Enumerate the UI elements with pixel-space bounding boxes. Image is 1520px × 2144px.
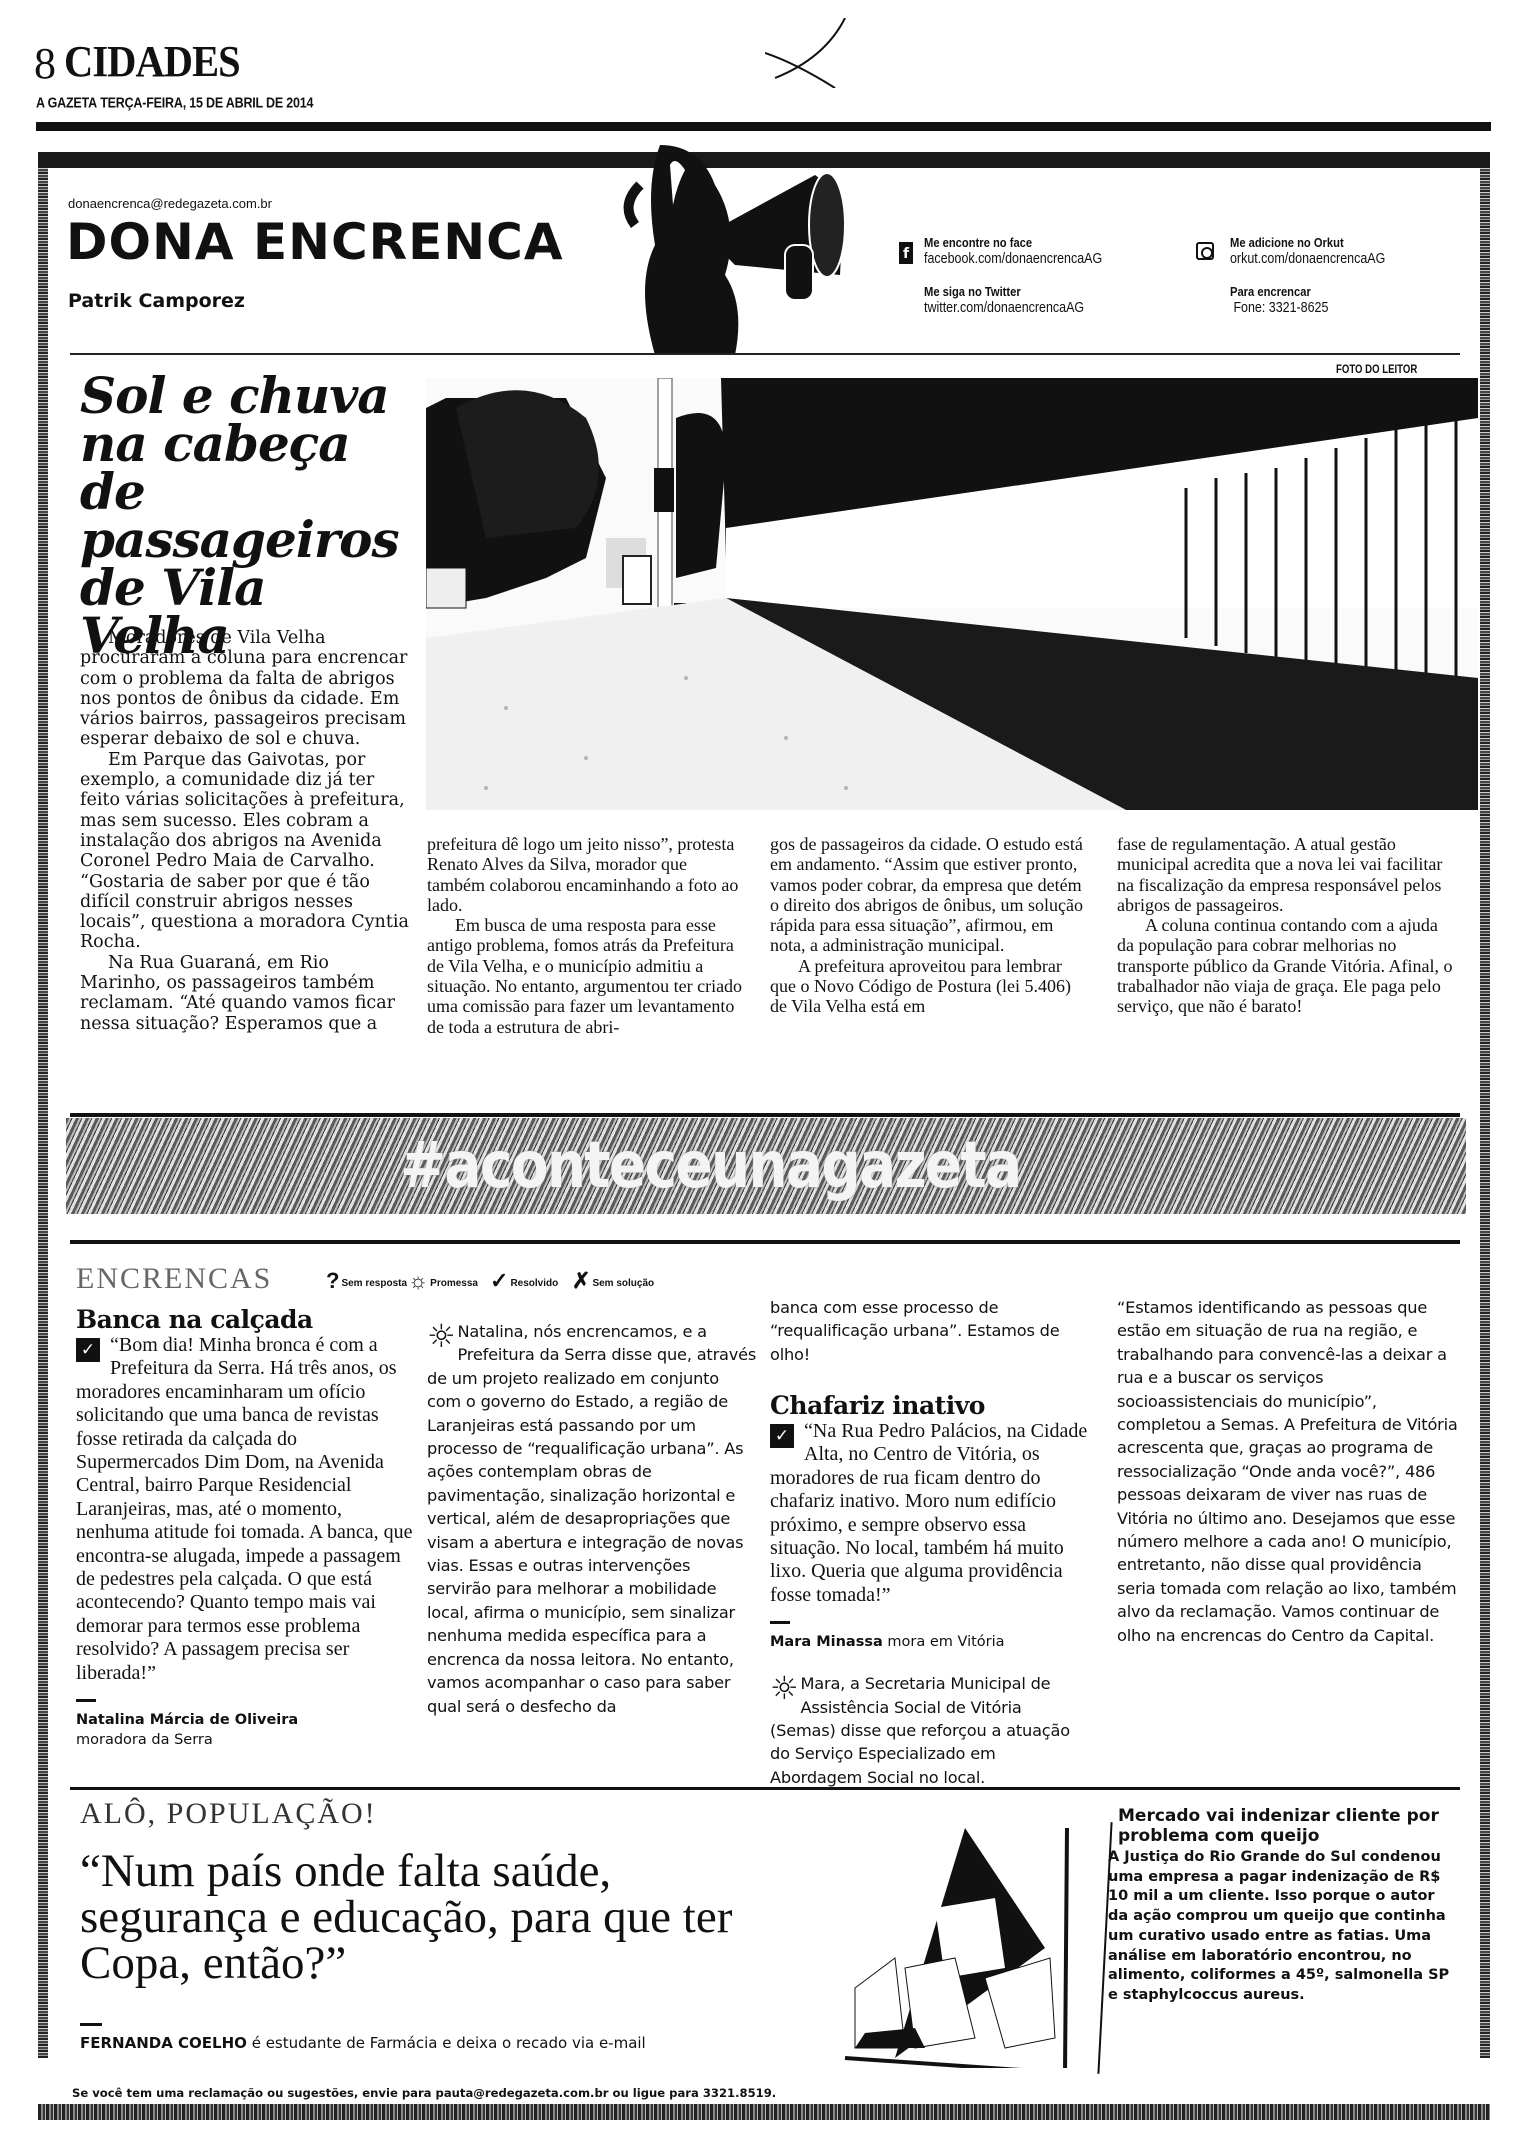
quote-signature: FERNANDA COELHO é estudante de Farmácia … — [80, 2034, 646, 2052]
article-column-3: gos de passageiros da cidade. O estudo e… — [770, 834, 1090, 1017]
banner-rule-bottom — [70, 1240, 1460, 1244]
lightbulb-icon: ☼ — [408, 1268, 428, 1293]
side-news-headline: Mercado vai indenizar cliente por proble… — [1118, 1806, 1458, 1846]
paragraph: Na Rua Guaraná, em Rio Marinho, os passa… — [80, 953, 410, 1034]
column-title: DONA ENCRENCA — [66, 212, 564, 272]
publication-name: A GAZETA — [36, 95, 97, 111]
column-reply-banca-2: banca com esse processo de “requalificaç… — [770, 1296, 1090, 1366]
encrenca-item-chafariz: Chafariz inativo ✓ “Na Rua Pedro Palácio… — [770, 1392, 1090, 1789]
quote-author-desc: é estudante de Farmácia e deixa o recado… — [252, 2034, 646, 2052]
lightbulb-icon: ☼ — [770, 1672, 799, 1704]
paragraph: gos de passageiros da cidade. O estudo e… — [770, 834, 1090, 956]
paragraph: Em busca de uma resposta para esse antig… — [427, 915, 747, 1037]
paragraph: Moradores de Vila Velha procuraram a col… — [80, 628, 410, 750]
page-number: 8 — [34, 40, 56, 88]
article-headline: Sol e chuva na cabeça de passageiros de … — [80, 372, 420, 660]
publication-date: TERÇA-FEIRA, 15 DE ABRIL DE 2014 — [100, 95, 313, 111]
reader-quote: “Num país onde falta saúde, segurança e … — [80, 1848, 760, 1986]
contact-label: Me siga no Twitter — [924, 283, 1084, 300]
encrencas-title: ENCRENCAS — [76, 1262, 272, 1296]
resolvido-check-icon: ✓ — [76, 1338, 100, 1362]
legend-sem-resposta: ?Sem resposta — [326, 1268, 407, 1294]
article-column-1: Moradores de Vila Velha procuraram a col… — [80, 628, 410, 1034]
check-icon: ✓ — [490, 1268, 508, 1293]
box-frame-bottom — [38, 2104, 1490, 2120]
quote-author-name: FERNANDA COELHO — [80, 2034, 247, 2052]
paragraph: A coluna continua contando com a ajuda d… — [1117, 915, 1457, 1016]
hashtag-text: #aconteceunagazeta — [400, 1126, 1020, 1206]
article-photo — [426, 378, 1478, 810]
contact-label: Me adicione no Orkut — [1230, 234, 1385, 251]
section-title: CIDADES — [64, 38, 240, 86]
contact-value[interactable]: facebook.com/donaencrencaAG — [924, 251, 1102, 268]
facebook-icon: f — [899, 242, 913, 264]
signature-dash — [76, 1699, 96, 1702]
contact-twitter[interactable]: Me siga no Twitter twitter.com/donaencre… — [924, 283, 1084, 317]
section-rule — [70, 1787, 1460, 1790]
photo-credit: FOTO DO LEITOR — [1336, 362, 1417, 376]
reader-signature: Natalina Márcia de Oliveira moradora da … — [76, 1710, 416, 1750]
dateline: A GAZETA TERÇA-FEIRA, 15 DE ABRIL DE 201… — [36, 95, 313, 111]
signature-name: Natalina Márcia de Oliveira — [76, 1712, 298, 1728]
reader-letter: ✓ “Bom dia! Minha bronca é com a Prefeit… — [76, 1334, 416, 1685]
paragraph: A prefeitura aproveitou para lembrar que… — [770, 956, 1090, 1017]
quote-dash — [80, 2023, 102, 2026]
encrenca-item-banca: Banca na calçada ✓ “Bom dia! Minha bronc… — [76, 1306, 416, 1750]
contact-orkut[interactable]: Me adicione no Orkut orkut.com/donaencre… — [1230, 234, 1385, 268]
paragraph: Em Parque das Gaivotas, por exemplo, a c… — [80, 750, 410, 953]
alo-populacao-title: ALÔ, POPULAÇÃO! — [80, 1797, 377, 1831]
column-reply-chafariz-1: ☼ Mara, a Secretaria Municipal de Assist… — [770, 1672, 1090, 1789]
column-reply-chafariz-2: “Estamos identificando as pessoas que es… — [1117, 1296, 1462, 1647]
reader-signature: Mara Minassa mora em Vitória — [770, 1632, 1090, 1652]
side-news-body: A Justiça do Rio Grande do Sul condenou … — [1108, 1848, 1458, 2006]
paragraph: fase de regulamentação. A atual gestão m… — [1117, 834, 1457, 915]
box-frame-right — [1480, 168, 1490, 2058]
contact-value[interactable]: orkut.com/donaencrencaAG — [1230, 251, 1385, 268]
contact-label: Para encrencar — [1230, 283, 1328, 300]
orkut-icon — [1196, 242, 1214, 260]
legend-promessa: ☼Promessa — [408, 1268, 478, 1294]
lightbulb-icon: ☼ — [427, 1320, 456, 1352]
legend-resolvido: ✓Resolvido — [490, 1268, 558, 1294]
reader-letter: ✓ “Na Rua Pedro Palácios, na Cidade Alta… — [770, 1420, 1090, 1607]
pen-scribble-mark — [765, 18, 855, 88]
item-heading: Banca na calçada — [76, 1306, 416, 1334]
signature-desc: mora em Vitória — [887, 1634, 1004, 1650]
contact-value: Fone: 3321-8625 — [1230, 300, 1328, 317]
contact-phone: Para encrencar Fone: 3321-8625 — [1230, 283, 1328, 317]
signature-dash — [770, 1621, 790, 1624]
cheese-illustration — [805, 1808, 1105, 2068]
legend-sem-solucao: ✗Sem solução — [572, 1268, 654, 1294]
x-icon: ✗ — [572, 1268, 590, 1293]
column-author: Patrik Camporez — [68, 290, 245, 312]
signature-name: Mara Minassa — [770, 1634, 883, 1650]
box-frame-left — [38, 168, 48, 2058]
paragraph: prefeitura dê logo um jeito nisso”, prot… — [427, 834, 747, 915]
footer-contact-line: Se você tem uma reclamação ou sugestões,… — [72, 2086, 776, 2100]
banner-rule-top — [70, 1113, 1460, 1117]
resolvido-check-icon: ✓ — [770, 1424, 794, 1448]
megaphone-mascot-illustration — [615, 125, 885, 355]
column-email[interactable]: donaencrenca@redegazeta.com.br — [68, 196, 272, 211]
article-column-2: prefeitura dê logo um jeito nisso”, prot… — [427, 834, 747, 1037]
header-rule — [70, 353, 1460, 355]
contact-label: Me encontre no face — [924, 234, 1102, 251]
item-heading: Chafariz inativo — [770, 1392, 1090, 1420]
column-reply-banca-1: ☼ Natalina, nós encrencamos, e a Prefeit… — [427, 1320, 757, 1718]
article-column-4: fase de regulamentação. A atual gestão m… — [1117, 834, 1457, 1017]
contact-facebook[interactable]: Me encontre no face facebook.com/donaenc… — [924, 234, 1102, 268]
question-icon: ? — [326, 1268, 339, 1293]
contact-value[interactable]: twitter.com/donaencrencaAG — [924, 300, 1084, 317]
signature-desc: moradora da Serra — [76, 1732, 213, 1748]
